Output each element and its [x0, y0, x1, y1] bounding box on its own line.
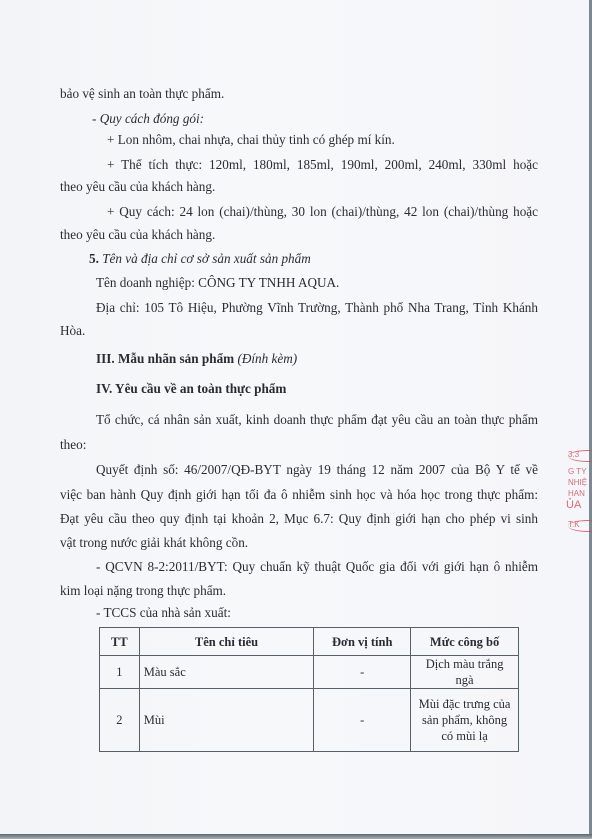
seal-text: G TY: [568, 466, 587, 477]
text-line: Đạt yêu cầu theo quy định tại khoản 2, M…: [60, 511, 538, 527]
specification-table: TT Tên chỉ tiêu Đơn vị tính Mức công bố …: [99, 627, 519, 752]
text-line: theo yêu cầu của khách hàng.: [60, 179, 215, 195]
section-title: III. Mẫu nhãn sản phẩm: [96, 351, 234, 366]
text-line: theo:: [60, 437, 86, 453]
table-row: 2 Mùi - Mùi đặc trưng của sản phẩm, khôn…: [100, 689, 519, 752]
section-iv-heading: IV. Yêu cầu về an toàn thực phẩm: [96, 381, 286, 397]
header-unit: Đơn vị tính: [314, 628, 411, 656]
cell-criteria: Màu sắc: [139, 656, 314, 689]
seal-text: T.K: [568, 519, 580, 530]
section-iii-heading: III. Mẫu nhãn sản phẩm (Đính kèm): [96, 351, 297, 367]
seal-text: ỦA: [566, 500, 581, 511]
header-tt: TT: [100, 628, 140, 656]
packaging-subheading: - Quy cách đóng gói:: [92, 111, 204, 127]
text-line: Tổ chức, cá nhân sản xuất, kinh doanh th…: [96, 412, 538, 428]
text-line: - QCVN 8-2:2011/BYT: Quy chuẩn kỹ thuật …: [96, 559, 538, 575]
text-line: vật trong nước giải khát không cồn.: [60, 535, 248, 551]
text-line: theo yêu cầu của khách hàng.: [60, 227, 215, 243]
cell-tt: 2: [100, 689, 140, 752]
cell-declared-level: Dịch màu trắng ngà: [411, 656, 519, 689]
text-line: Quyết định số: 46/2007/QĐ-BYT ngày 19 th…: [96, 462, 538, 478]
attachment-note: (Đính kèm): [237, 351, 297, 366]
section-5-heading: 5. Tên và địa chỉ cơ sở sản xuất sản phẩ…: [89, 251, 311, 267]
table-header-row: TT Tên chỉ tiêu Đơn vị tính Mức công bố: [100, 628, 519, 656]
company-address: Địa chỉ: 105 Tô Hiệu, Phường Vĩnh Trường…: [96, 300, 538, 316]
text-line: - TCCS của nhà sản xuất:: [96, 605, 231, 621]
text-line: việc ban hành Quy định giới hạn tối đa ô…: [60, 487, 538, 503]
seal-text: HAN: [568, 488, 585, 499]
cell-unit: -: [314, 689, 411, 752]
seal-text: NHIỆ: [568, 477, 587, 488]
section-title: Tên và địa chỉ cơ sở sản xuất sản phẩm: [102, 251, 311, 266]
seal-text: 3.3: [568, 449, 579, 460]
table-row: 1 Màu sắc - Dịch màu trắng ngà: [100, 656, 519, 689]
cell-criteria: Mùi: [139, 689, 314, 752]
text-line: + Thể tích thực: 120ml, 180ml, 185ml, 19…: [107, 157, 538, 173]
text-line: Hòa.: [60, 323, 85, 339]
red-seal-stamp: 3.3 G TY NHIỆ HAN ỦA T.K: [566, 460, 592, 540]
section-number: 5.: [89, 251, 99, 266]
header-criteria: Tên chỉ tiêu: [139, 628, 314, 656]
text-line: + Quy cách: 24 lon (chai)/thùng, 30 lon …: [107, 204, 538, 220]
header-declared-level: Mức công bố: [411, 628, 519, 656]
page-edge-shadow-bottom: [0, 834, 592, 839]
text-line: bảo vệ sinh an toàn thực phẩm.: [60, 86, 224, 102]
text-line: kim loại nặng trong thực phẩm.: [60, 583, 226, 599]
company-name: Tên doanh nghiệp: CÔNG TY TNHH AQUA.: [96, 275, 339, 291]
cell-unit: -: [314, 656, 411, 689]
cell-tt: 1: [100, 656, 140, 689]
text-line: + Lon nhôm, chai nhựa, chai thủy tinh có…: [107, 132, 395, 148]
cell-declared-level: Mùi đặc trưng của sản phẩm, không có mùi…: [411, 689, 519, 752]
